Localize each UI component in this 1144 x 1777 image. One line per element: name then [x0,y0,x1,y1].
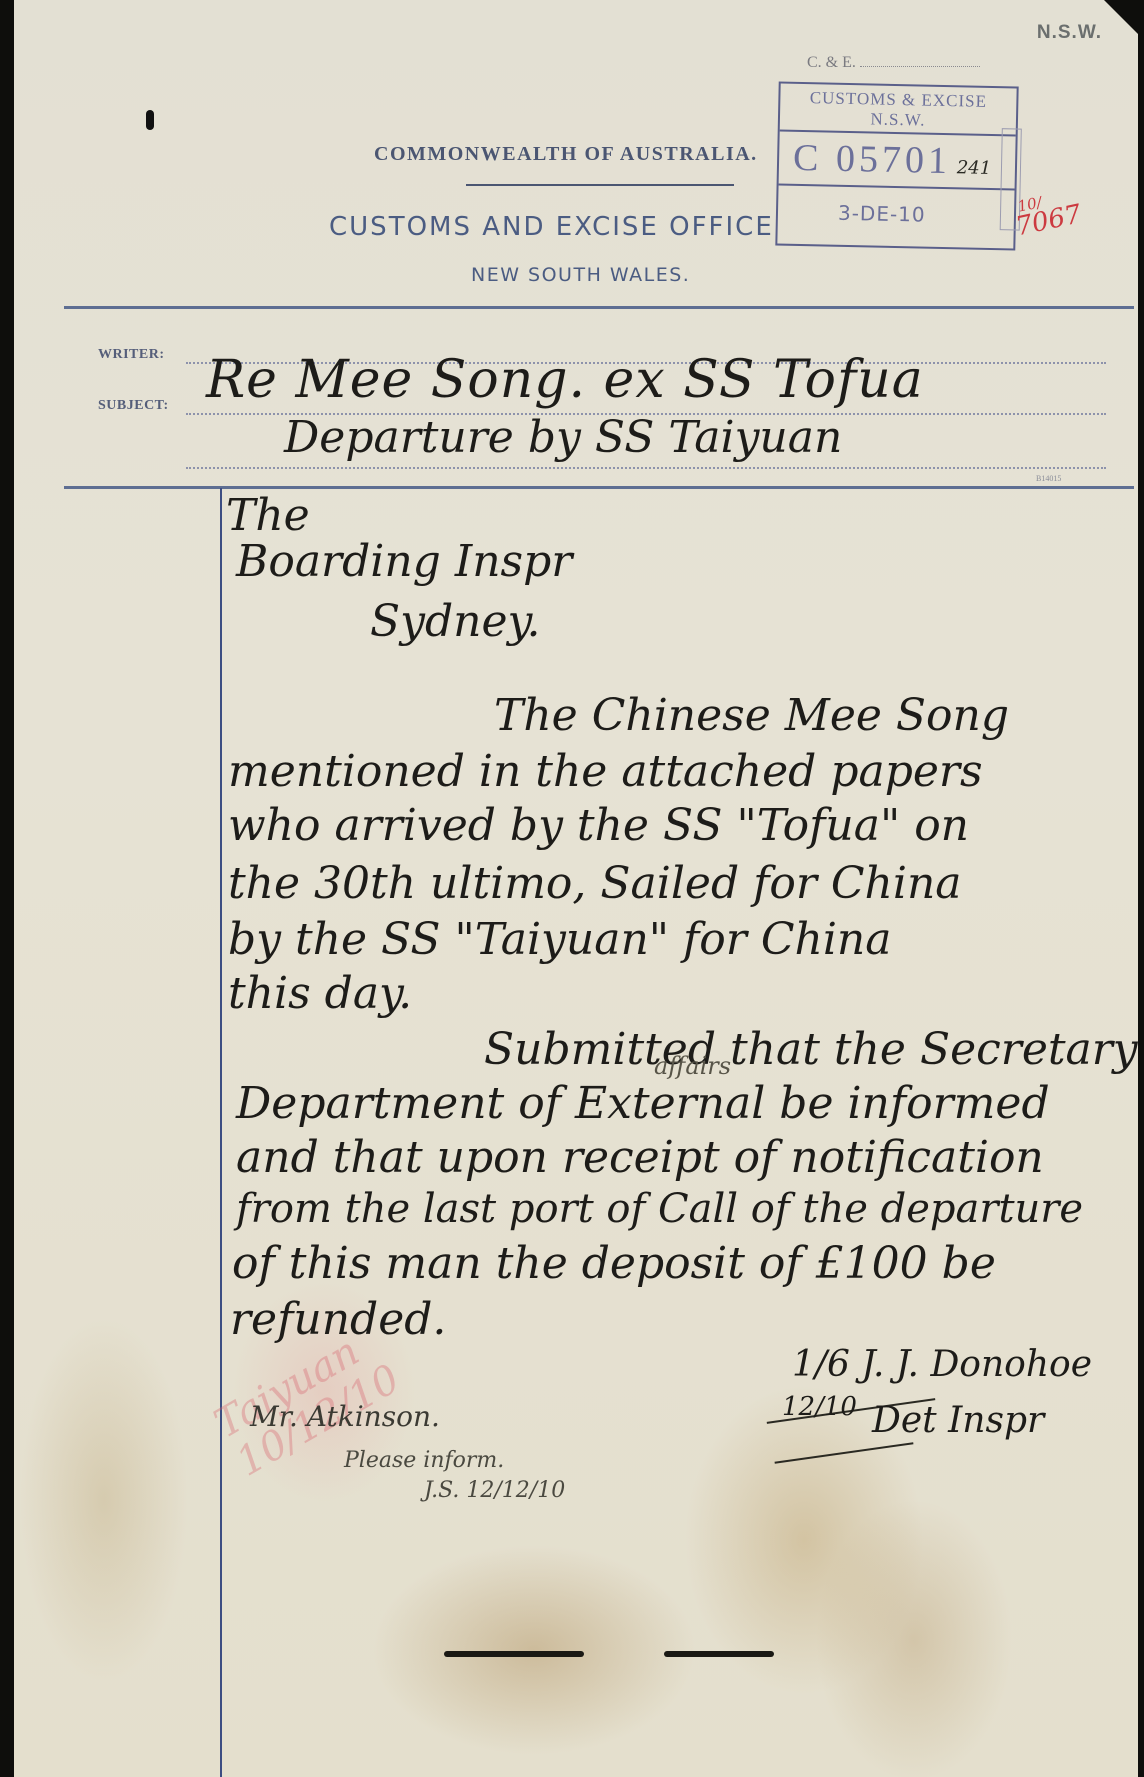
ce-reference-line [860,66,980,67]
form-code: B14015 [1036,474,1061,483]
body-line: mentioned in the attached papers [228,746,983,797]
red-file-reference: 10/ 7067 [1010,186,1084,243]
subject-line-1: Re Mee Song. ex SS Tofua [206,350,924,410]
stamp-date: 3-DE-10 [777,186,1014,243]
body-line: who arrived by the SS "Tofua" on [228,800,969,851]
top-band-rule [64,306,1134,309]
burn-stain [664,1651,774,1657]
body-line: the 30th ultimo, Sailed for China [228,858,962,909]
interlinear-insertion: affairs [654,1052,731,1080]
subject-label: SUBJECT: [98,398,169,414]
stamp-header: CUSTOMS & EXCISE N.S.W. [780,84,1017,137]
margin-line [220,488,222,1777]
subject-dotted-line-2 [186,467,1106,469]
document-page: N.S.W. C. & E. COMMONWEALTH OF AUSTRALIA… [14,0,1138,1777]
body-line: from the last port of Call of the depart… [236,1186,1083,1232]
addressee-line-2: Boarding Inspr [236,536,572,587]
stamp-number-row: C 05701241 [779,132,1016,191]
signature-date: 12/10 [782,1392,857,1422]
minute-initials-date: J.S. 12/12/10 [424,1478,565,1503]
body-line: this day. [228,968,412,1019]
signature-text: J. J. Donohoe [861,1344,1092,1385]
subject-line-2: Departure by SS Taiyuan [284,412,842,463]
bottom-band-rule [64,486,1134,489]
header-rule [466,184,734,186]
signature-name: 1/6 J. J. Donohoe [792,1344,1092,1385]
corner-mark: N.S.W. [1037,22,1102,44]
addressee-line-3: Sydney. [370,596,541,647]
received-stamp: CUSTOMS & EXCISE N.S.W. C 05701241 3-DE-… [775,82,1018,251]
writer-label: WRITER: [98,347,165,363]
folded-corner [1104,0,1138,34]
body-line: of this man the deposit of £100 be [232,1238,996,1289]
minute-line-2: Please inform. [344,1448,504,1473]
signature-date-rule [775,1442,914,1463]
header-office: CUSTOMS AND EXCISE OFFICE [329,212,774,242]
body-line: by the SS "Taiyuan" for China [228,914,891,965]
addressee-line-1: The [226,490,310,541]
header-commonwealth: COMMONWEALTH OF AUSTRALIA. [374,143,758,166]
signature-title: Det Inspr [872,1400,1044,1441]
body-line: and that upon receipt of notification [236,1132,1044,1183]
stamp-handwritten-number: 241 [957,157,992,179]
punch-hole [146,110,154,130]
minute-line-1: Mr. Atkinson. [250,1400,440,1433]
body-line: Department of External be informed [236,1078,1050,1129]
body-line: The Chinese Mee Song [494,690,1009,741]
burn-stain [444,1651,584,1657]
ce-reference-label: C. & E. [807,54,856,71]
body-line: Submitted that the Secretary [484,1024,1138,1075]
header-state: NEW SOUTH WALES. [471,264,690,286]
ce-reference: C. & E. [807,54,980,72]
stamp-number: C 05701 [793,137,952,182]
signature-prefix: 1/6 [792,1344,850,1385]
